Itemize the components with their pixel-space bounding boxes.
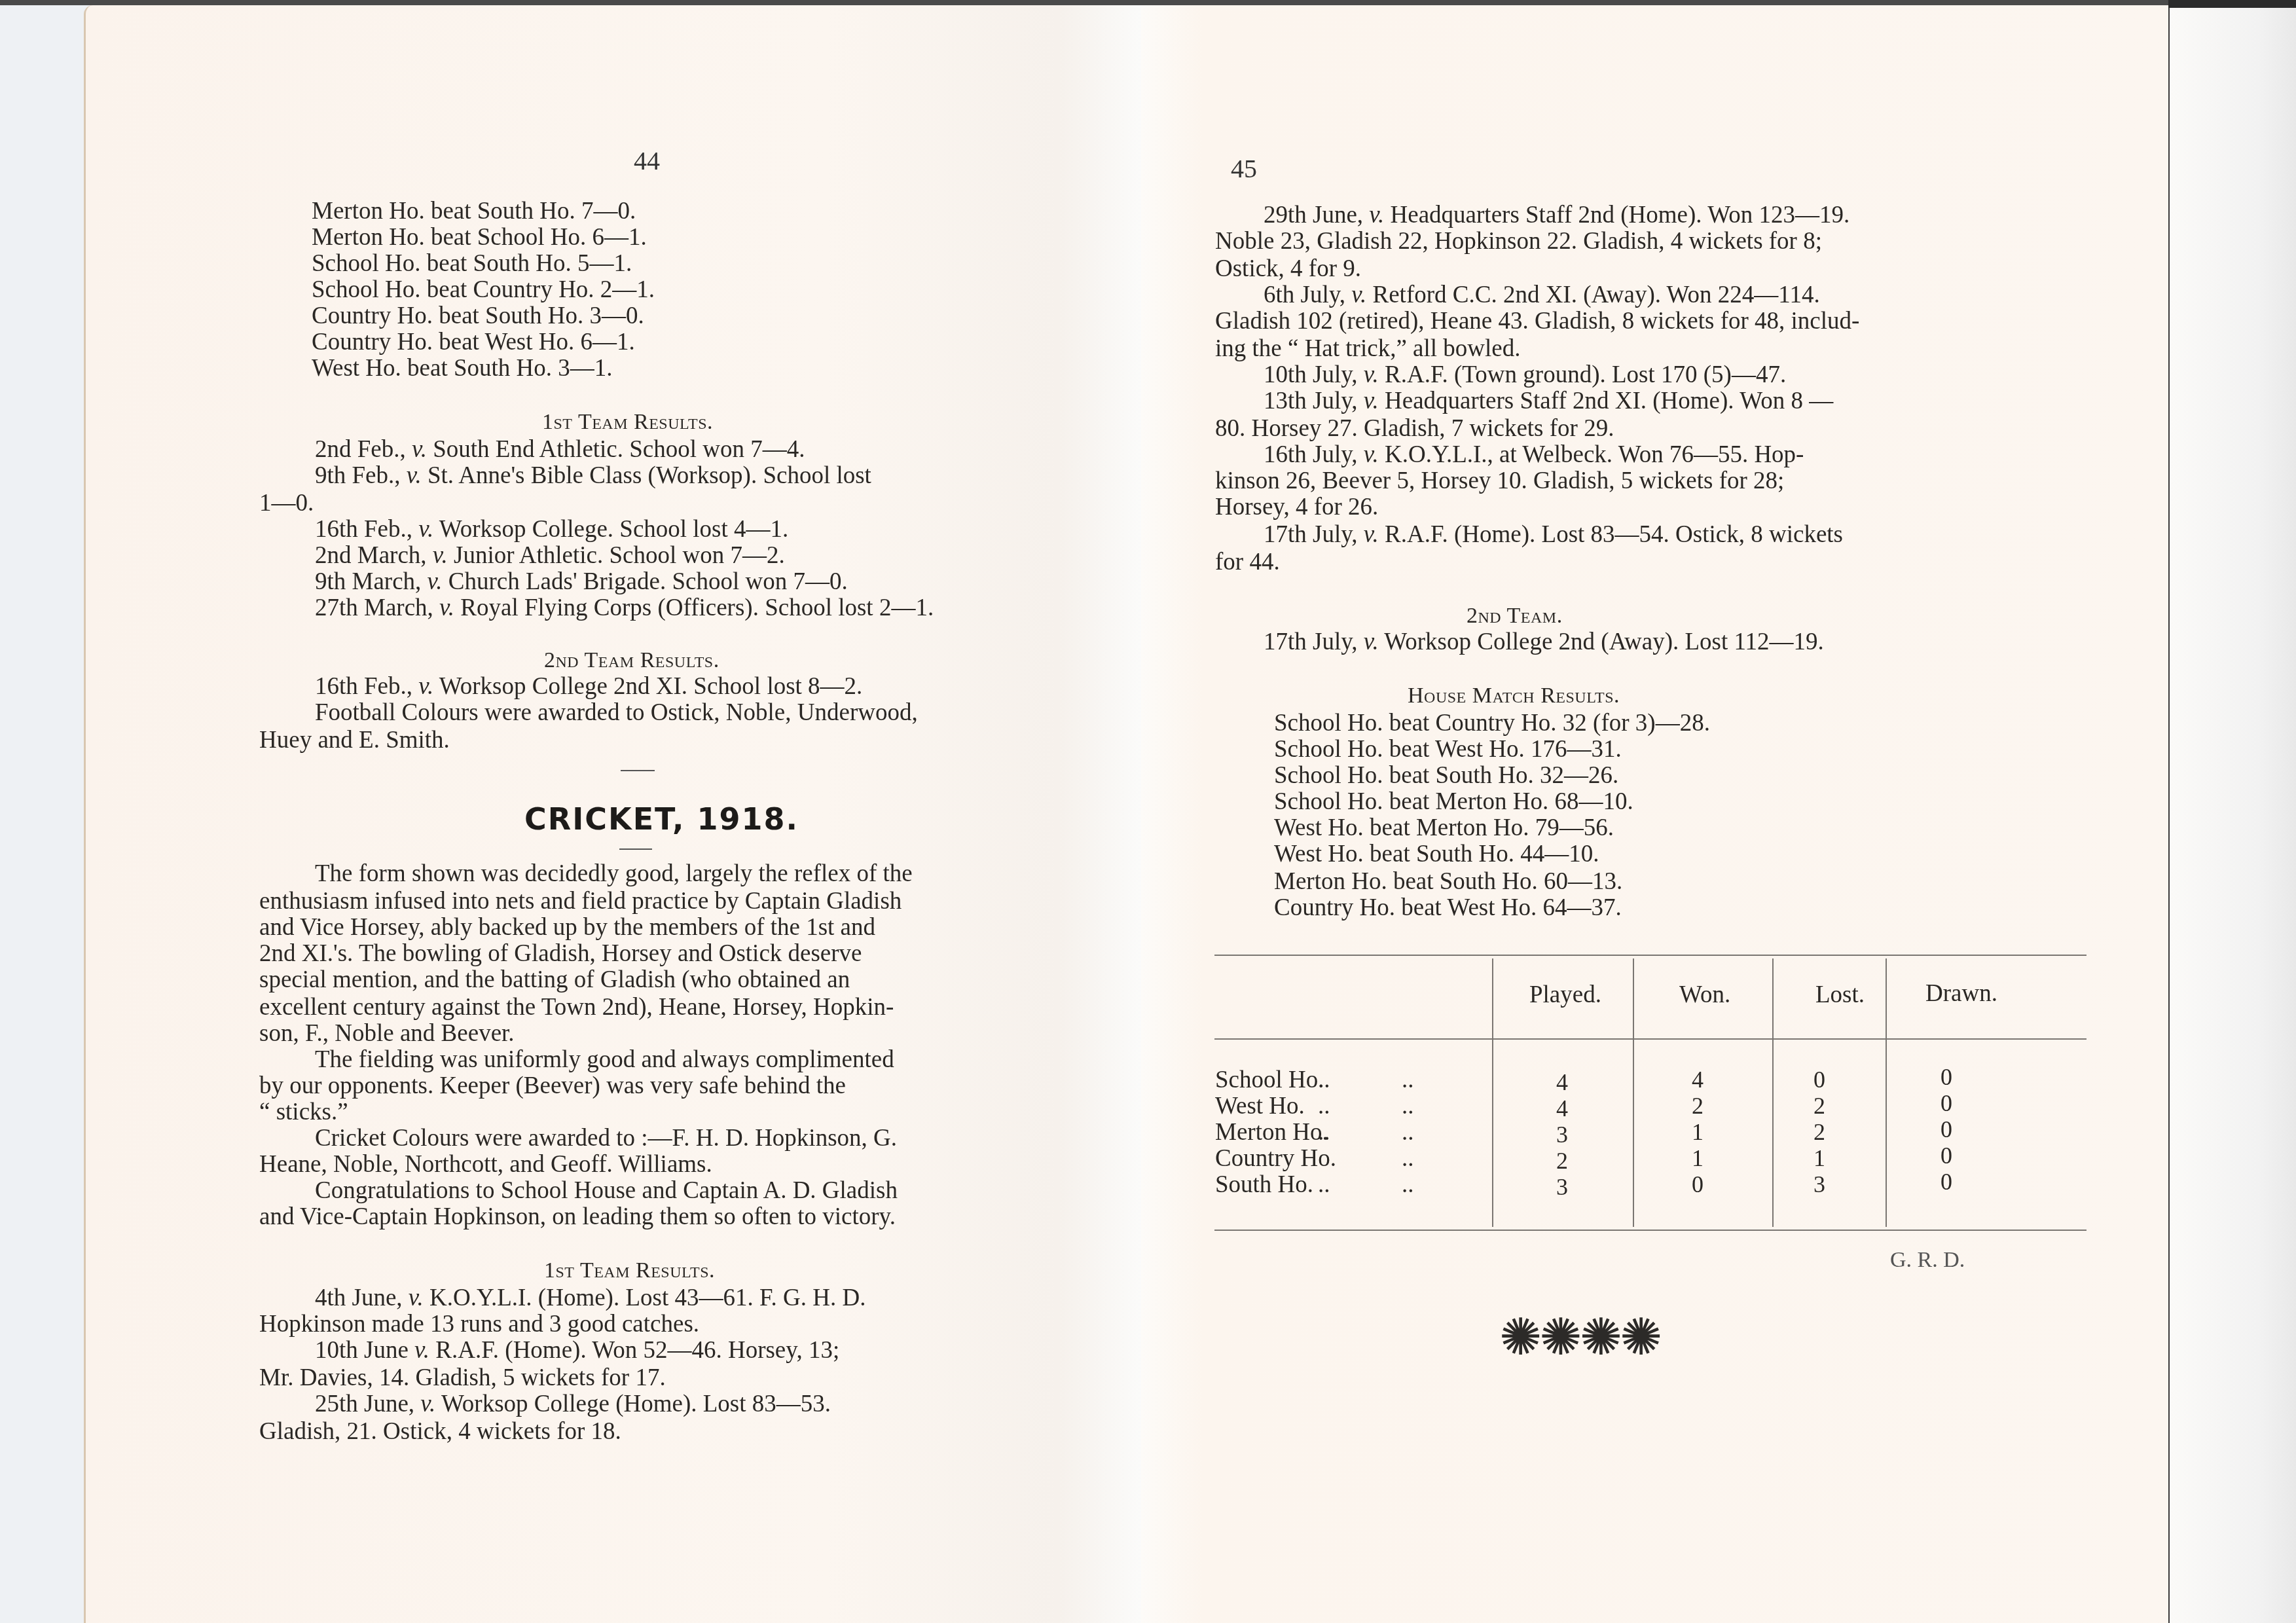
column-divider (1772, 958, 1774, 1227)
scanner-top-edge-right (2168, 0, 2296, 8)
column-divider (1886, 958, 1887, 1227)
leader-dots: .. (1318, 1092, 1330, 1120)
table-top-rule (1214, 955, 2086, 956)
won-value: 1 (1685, 1144, 1711, 1172)
paragraph-line: 2nd XI.'s. The bowling of Gladish, Horse… (259, 941, 862, 966)
result-line: 9th Feb., v. St. Anne's Bible Class (Wor… (315, 464, 871, 488)
result-line: Merton Ho. beat South Ho. 60—13. (1274, 869, 1622, 894)
column-header-played: Played. (1529, 981, 1601, 1009)
divider-rule (619, 848, 652, 850)
played-value: 4 (1549, 1095, 1575, 1122)
column-header-drawn: Drawn. (1925, 979, 1997, 1008)
paragraph-line: special mention, and the batting of Glad… (259, 968, 850, 992)
scanner-top-edge (0, 0, 2296, 5)
paragraph-line: The fielding was uniformly good and alwa… (315, 1048, 894, 1072)
result-line: 2nd March, v. Junior Athletic. School wo… (315, 543, 785, 568)
result-line: 6th July, v. Retford C.C. 2nd XI. (Away)… (1264, 283, 1820, 307)
result-line: 25th June, v. Worksop College (Home). Lo… (315, 1392, 831, 1416)
won-value: 1 (1685, 1118, 1711, 1146)
section-heading: 1st Team Results. (542, 410, 713, 435)
result-line: Noble 23, Gladish 22, Hopkinson 22. Glad… (1215, 229, 1822, 253)
result-line: School Ho. beat South Ho. 5—1. (312, 251, 632, 276)
result-line: 16th Feb., v. Worksop College 2nd XI. Sc… (315, 674, 862, 699)
result-line: 16th July, v. K.O.Y.L.I., at Welbeck. Wo… (1264, 443, 1804, 467)
house-name: Merton Ho. (1215, 1118, 1328, 1146)
paragraph-line: Cricket Colours were awarded to :—F. H. … (315, 1126, 897, 1150)
paragraph-line: son, F., Noble and Beever. (259, 1021, 515, 1046)
column-header-lost: Lost. (1815, 981, 1865, 1009)
leader-dots: .. (1318, 1171, 1330, 1199)
paragraph-line: excellent century against the Town 2nd),… (259, 995, 894, 1019)
result-line: Merton Ho. beat School Ho. 6—1. (312, 225, 647, 249)
result-line: 2nd Feb., v. South End Athletic. School … (315, 437, 805, 462)
result-line: 9th March, v. Church Lads' Brigade. Scho… (315, 570, 848, 594)
colours-line: Football Colours were awarded to Ostick,… (315, 701, 918, 725)
leader-dots: .. (1402, 1118, 1414, 1146)
played-value: 2 (1549, 1147, 1575, 1175)
result-line: Mr. Davies, 14. Gladish, 5 wickets for 1… (259, 1366, 666, 1390)
paragraph-line: The form shown was decidedly good, large… (315, 862, 913, 886)
page-number: 45 (1231, 153, 1257, 184)
result-line: 1—0. (259, 491, 314, 515)
result-line: 29th June, v. Headquarters Staff 2nd (Ho… (1264, 203, 1850, 227)
leader-dots: .. (1318, 1118, 1330, 1146)
house-name: South Ho. (1215, 1171, 1313, 1199)
table-header-rule (1214, 1038, 2086, 1040)
result-line: 10th June v. R.A.F. (Home). Won 52—46. H… (315, 1338, 839, 1362)
house-name: School Ho. (1215, 1066, 1324, 1094)
section-heading: 1st Team Results. (544, 1258, 715, 1283)
next-page-edge (2168, 8, 2296, 1623)
section-heading: 2nd Team Results. (544, 648, 720, 673)
result-line: 17th July, v. R.A.F. (Home). Lost 83—54.… (1264, 522, 1843, 547)
paragraph-line: Heane, Noble, Northcott, and Geoff. Will… (259, 1152, 712, 1176)
paragraph-line: and Vice-Captain Hopkinson, on leading t… (259, 1205, 896, 1229)
result-line: Hopkinson made 13 runs and 3 good catche… (259, 1312, 699, 1336)
divider-rule (621, 770, 655, 771)
paragraph-line: by our opponents. Keeper (Beever) was ve… (259, 1074, 846, 1098)
paragraph-line: and Vice Horsey, ably backed up by the m… (259, 915, 875, 939)
result-line: 16th Feb., v. Worksop College. School lo… (315, 517, 788, 541)
cricket-title: CRICKET, 1918. (524, 801, 799, 837)
result-line: West Ho. beat South Ho. 3—1. (312, 356, 612, 380)
page-number: 44 (634, 145, 660, 176)
result-line: West Ho. beat Merton Ho. 79—56. (1274, 816, 1614, 840)
drawn-value: 0 (1933, 1116, 1959, 1143)
left-page: 44 Merton Ho. beat South Ho. 7—0. Merton… (84, 5, 1143, 1623)
result-line: 27th March, v. Royal Flying Corps (Offic… (315, 596, 934, 620)
leader-dots: .. (1402, 1171, 1414, 1199)
paragraph-line: “ sticks.” (259, 1100, 348, 1124)
lost-value: 0 (1806, 1066, 1832, 1093)
result-line: West Ho. beat South Ho. 44—10. (1274, 842, 1599, 866)
result-line: School Ho. beat Country Ho. 32 (for 3)—2… (1274, 711, 1710, 735)
result-line: 13th July, v. Headquarters Staff 2nd XI.… (1264, 389, 1833, 413)
section-heading: House Match Results. (1408, 684, 1620, 708)
lost-value: 2 (1806, 1118, 1832, 1146)
result-line: School Ho. beat West Ho. 176—31. (1274, 737, 1622, 761)
drawn-value: 0 (1933, 1142, 1959, 1169)
lost-value: 2 (1806, 1092, 1832, 1120)
result-line: Country Ho. beat South Ho. 3—0. (312, 304, 644, 328)
result-line: School Ho. beat Merton Ho. 68—10. (1274, 790, 1633, 814)
result-line: 10th July, v. R.A.F. (Town ground). Lost… (1264, 363, 1786, 387)
won-value: 4 (1685, 1066, 1711, 1093)
column-divider (1492, 958, 1493, 1227)
right-page: 45 29th June, v. Headquarters Staff 2nd … (1141, 5, 2168, 1623)
drawn-value: 0 (1933, 1089, 1959, 1117)
colours-line: Huey and E. Smith. (259, 728, 450, 752)
starburst-ornament-icon: ✺✺✺✺ (1499, 1308, 1660, 1367)
leader-dots: .. (1402, 1144, 1414, 1173)
paragraph-line: enthusiasm infused into nets and field p… (259, 889, 902, 913)
result-line: ing the “ Hat trick,” all bowled. (1215, 337, 1520, 361)
played-value: 4 (1549, 1068, 1575, 1096)
column-header-won: Won. (1679, 981, 1730, 1009)
result-line: Merton Ho. beat South Ho. 7—0. (312, 199, 636, 223)
result-line: Country Ho. beat West Ho. 6—1. (312, 330, 635, 354)
result-line: 4th June, v. K.O.Y.L.I. (Home). Lost 43—… (315, 1286, 866, 1310)
house-name: Country Ho. (1215, 1144, 1336, 1173)
result-line: 80. Horsey 27. Gladish, 7 wickets for 29… (1215, 416, 1614, 441)
played-value: 3 (1549, 1173, 1575, 1201)
won-value: 2 (1685, 1092, 1711, 1120)
leader-dots: .. (1402, 1092, 1414, 1120)
result-line: Country Ho. beat West Ho. 64—37. (1274, 896, 1622, 920)
won-value: 0 (1685, 1171, 1711, 1198)
author-signature: G. R. D. (1890, 1249, 1965, 1271)
column-divider (1633, 958, 1634, 1227)
section-heading: 2nd Team. (1467, 604, 1563, 629)
lost-value: 3 (1806, 1171, 1832, 1198)
house-name: West Ho. (1215, 1092, 1305, 1120)
leader-dots: .. (1402, 1066, 1414, 1094)
result-line: Ostick, 4 for 9. (1215, 257, 1361, 281)
played-value: 3 (1549, 1121, 1575, 1148)
leader-dots: .. (1318, 1066, 1330, 1094)
result-line: School Ho. beat Country Ho. 2—1. (312, 278, 655, 302)
table-bottom-rule (1214, 1230, 2086, 1231)
result-line: Horsey, 4 for 26. (1215, 495, 1378, 519)
result-line: Gladish 102 (retired), Heane 43. Gladish… (1215, 309, 1859, 333)
drawn-value: 0 (1933, 1168, 1959, 1195)
drawn-value: 0 (1933, 1063, 1959, 1091)
result-line: for 44. (1215, 550, 1280, 574)
result-line: School Ho. beat South Ho. 32—26. (1274, 763, 1618, 788)
lost-value: 1 (1806, 1144, 1832, 1172)
result-line: 17th July, v. Worksop College 2nd (Away)… (1264, 630, 1824, 654)
result-line: Gladish, 21. Ostick, 4 wickets for 18. (259, 1419, 621, 1444)
paragraph-line: Congratulations to School House and Capt… (315, 1178, 898, 1203)
result-line: kinson 26, Beever 5, Horsey 10. Gladish,… (1215, 469, 1784, 493)
